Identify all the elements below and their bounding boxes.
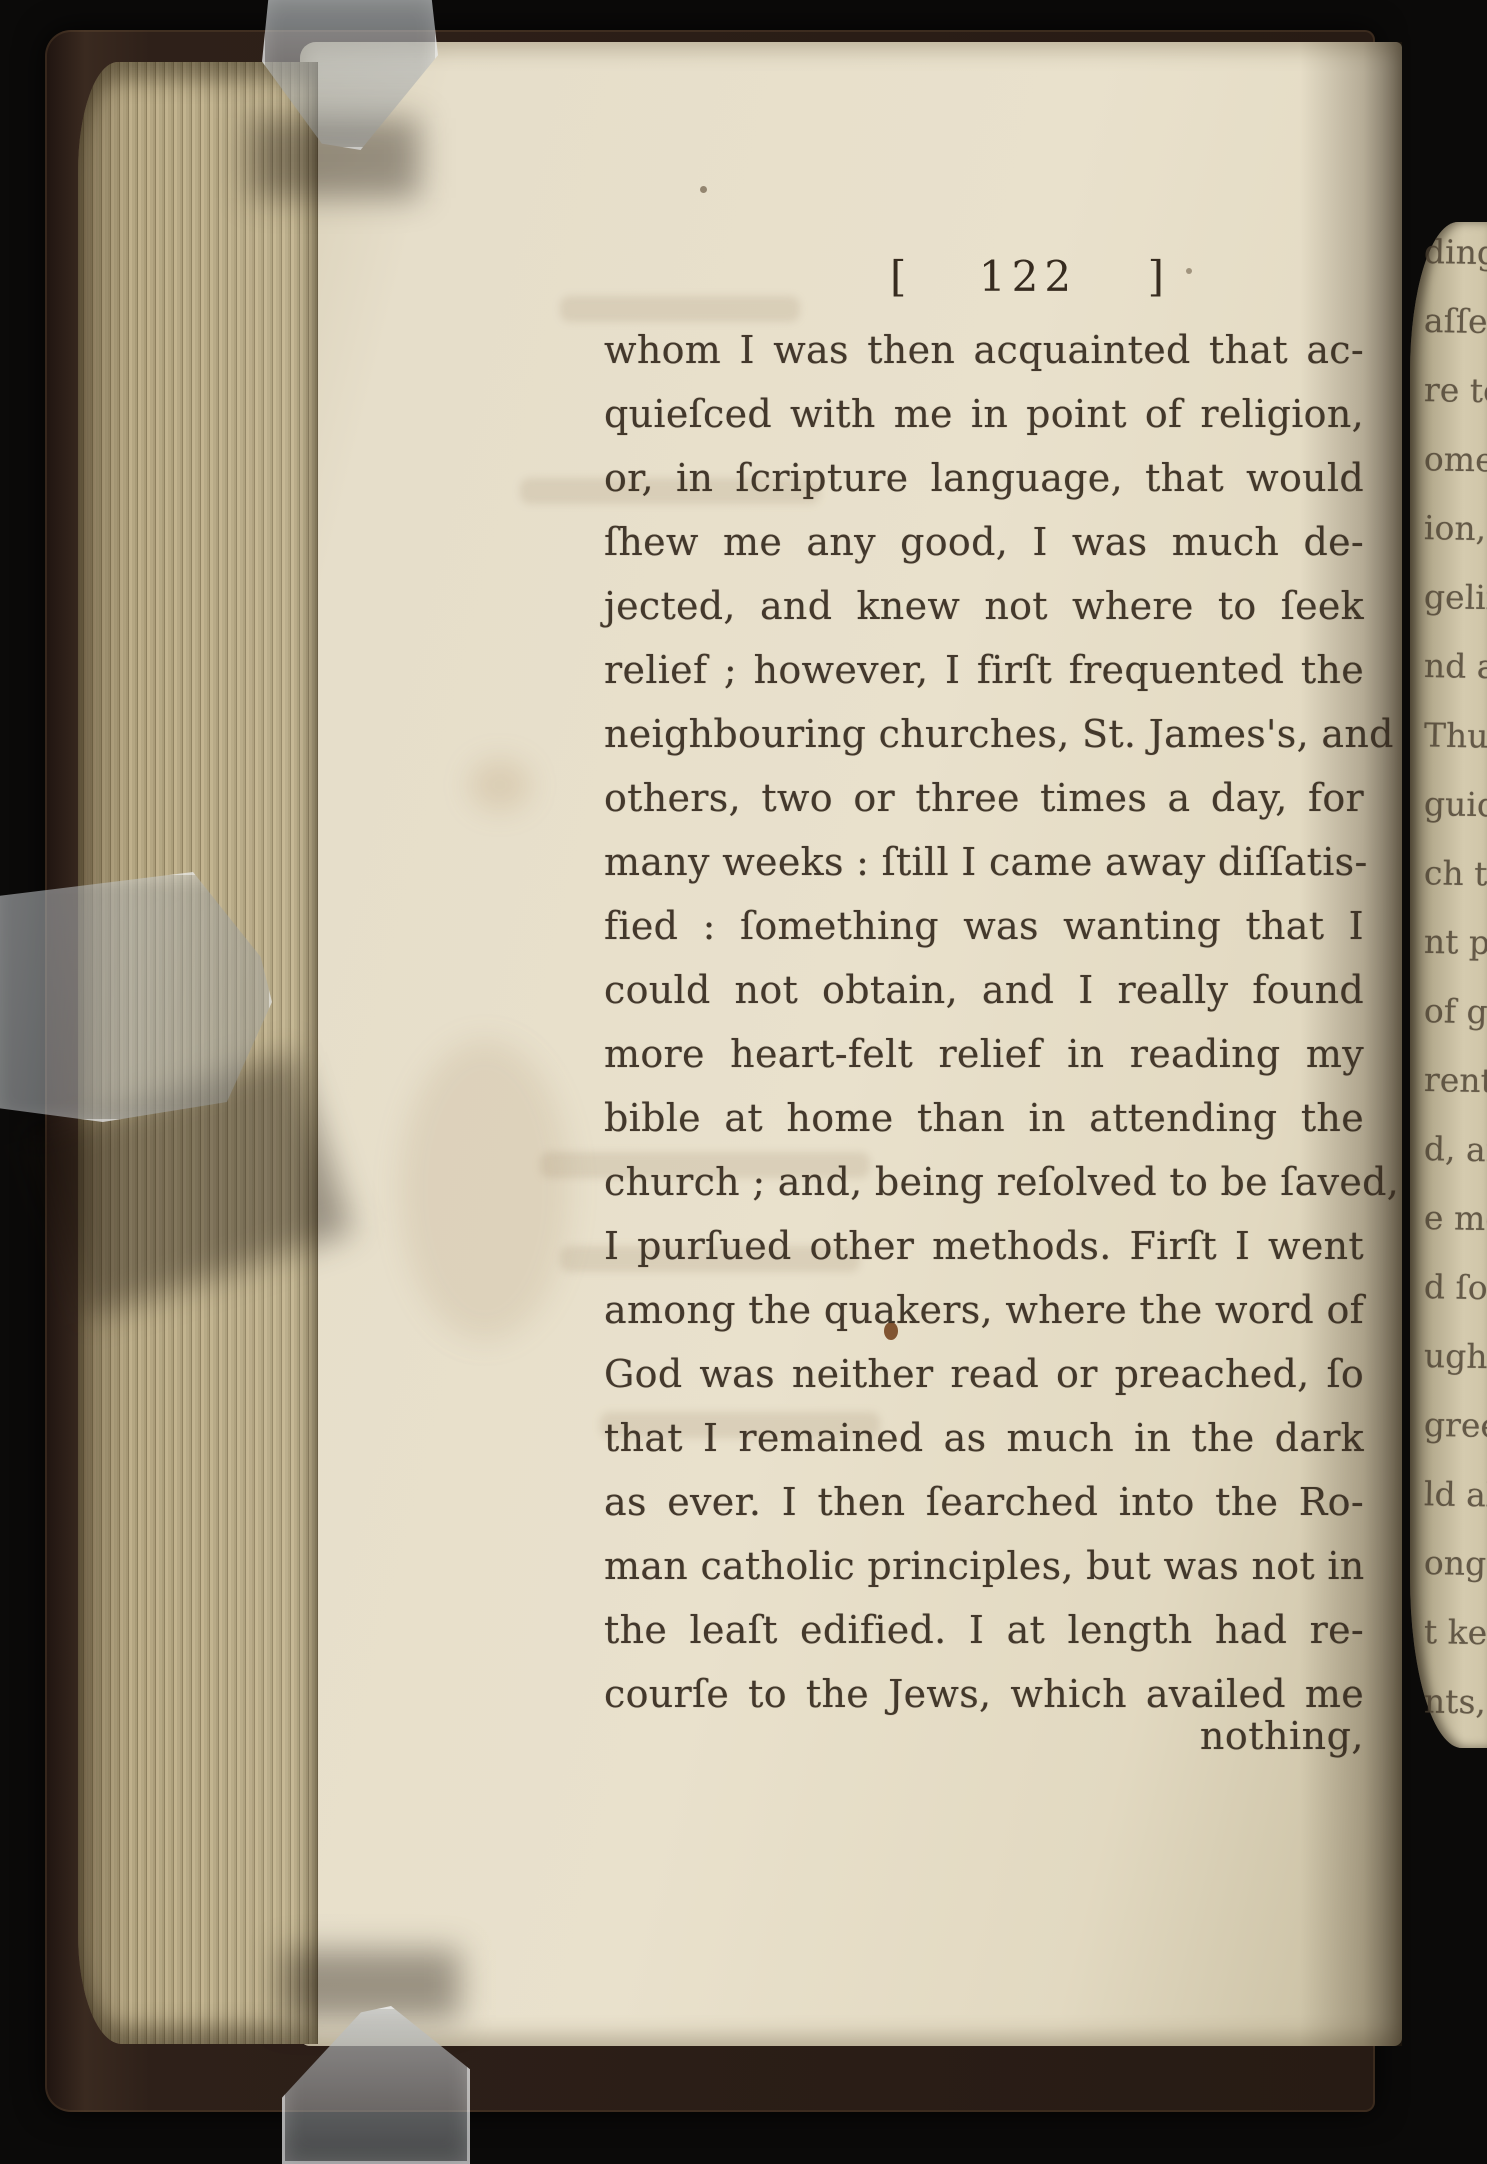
book-photograph: [ 122 ] whom I was then acquainted that … xyxy=(0,0,1487,2164)
sliver-line: of goi xyxy=(1424,991,1487,1032)
text-line: the leaſt edified. I at length had re- xyxy=(604,1610,1364,1652)
text-line: neighbouring churches, St. James's, and xyxy=(604,714,1364,756)
sliver-line: ch to xyxy=(1424,853,1487,893)
weight-shadow xyxy=(280,1950,460,2020)
text-line: could not obtain, and I really found xyxy=(604,970,1364,1012)
text-line: more heart-felt relief in reading my xyxy=(604,1034,1364,1076)
text-line: many weeks : ſtill I came away diſſatis- xyxy=(604,842,1364,884)
text-line: bible at home than in attending the xyxy=(604,1098,1364,1140)
text-line: quieſced with me in point of religion, xyxy=(604,394,1364,436)
text-line: courſe to the Jews, which availed me xyxy=(604,1674,1364,1716)
text-line: man catholic principles, but was not in xyxy=(604,1546,1364,1588)
sliver-line: ome. xyxy=(1424,439,1487,479)
sliver-line: ld all xyxy=(1424,1474,1487,1514)
sliver-line: t kept xyxy=(1424,1612,1487,1653)
text-line: ſhew me any good, I was much de- xyxy=(604,522,1364,564)
sliver-line: Thu xyxy=(1424,715,1487,755)
text-line: fied : ſomething was wanting that I xyxy=(604,906,1364,948)
sliver-line: ding, a xyxy=(1424,232,1487,273)
sliver-line: ion, at xyxy=(1424,508,1487,549)
text-line: jected, and knew not where to ſeek xyxy=(604,586,1364,628)
sliver-line: d, and xyxy=(1424,1129,1487,1170)
sliver-line: nts, xyxy=(1424,1681,1487,1721)
sliver-line: geliſts, xyxy=(1424,577,1487,618)
catchword: nothing, xyxy=(604,1714,1364,1758)
sliver-line: nt peop xyxy=(1424,922,1487,963)
sliver-line: ught w xyxy=(1424,1336,1487,1377)
sliver-line: e more xyxy=(1424,1198,1487,1239)
sliver-line: re to ſ xyxy=(1424,370,1487,411)
stain xyxy=(470,760,530,810)
sliver-line: ong th xyxy=(1424,1543,1487,1584)
stain xyxy=(400,1040,570,1340)
sliver-line: aſſed m xyxy=(1424,301,1487,342)
text-line: relief ; however, I firſt frequented the xyxy=(604,650,1364,692)
text-line: among the quakers, where the word of xyxy=(604,1290,1364,1332)
text-line: whom I was then acquainted that ac- xyxy=(604,330,1364,372)
sliver-line: nd adh xyxy=(1424,646,1487,687)
sliver-line: rent w xyxy=(1424,1060,1487,1101)
text-line: I purſued other methods. Firſt I went xyxy=(604,1226,1364,1268)
text-block: whom I was then acquainted that ac-quieſ… xyxy=(604,0,1364,2164)
text-line: church ; and, being reſolved to be ſaved… xyxy=(604,1162,1364,1204)
text-line: that I remained as much in the dark xyxy=(604,1418,1364,1460)
text-line: as ever. I then ſearched into the Ro- xyxy=(604,1482,1364,1524)
sliver-line: guide xyxy=(1424,784,1487,825)
facing-page-text: ding, aaſſed mre to ſome.ion, atgeliſts,… xyxy=(1418,0,1487,2164)
text-line: others, two or three times a day, for xyxy=(604,778,1364,820)
text-line: God was neither read or preached, ſo xyxy=(604,1354,1364,1396)
sliver-line: greeabl xyxy=(1424,1405,1487,1446)
text-line: or, in ſcripture language, that would xyxy=(604,458,1364,500)
sliver-line: d ſo m xyxy=(1424,1267,1487,1308)
